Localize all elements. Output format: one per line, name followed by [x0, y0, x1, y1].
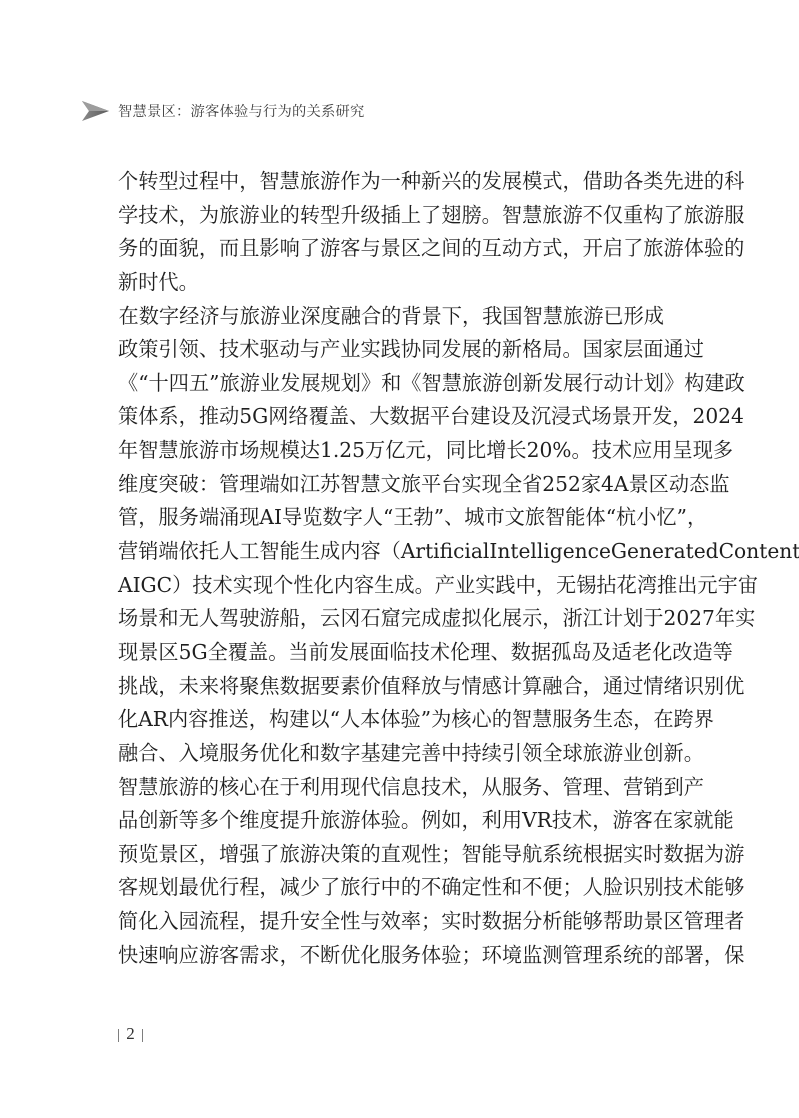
text-line: 维度突破：管理端如江苏智慧文旅平台实现全省252家4A景区动态监 [118, 468, 664, 502]
text-line: 简化入园流程，提升安全性与效率；实时数据分析能够帮助景区管理者 [118, 905, 664, 939]
text-line: 挑战，未来将聚焦数据要素价值释放与情感计算融合，通过情绪识别优 [118, 670, 664, 704]
text-line: 融合、入境服务优化和数字基建完善中持续引领全球旅游业创新。 [118, 737, 664, 771]
text-line: 在数字经济与旅游业深度融合的背景下，我国智慧旅游已形成 [118, 300, 664, 334]
text-line: 个转型过程中，智慧旅游作为一种新兴的发展模式，借助各类先进的科 [118, 165, 664, 199]
text-line: 营销端依托人工智能生成内容（ArtificialIntelligenceGene… [118, 535, 664, 569]
body-text: 个转型过程中，智慧旅游作为一种新兴的发展模式，借助各类先进的科 学技术，为旅游业… [118, 165, 664, 972]
running-header: 智慧景区：游客体验与行为的关系研究 [80, 98, 364, 124]
text-line: 学技术，为旅游业的转型升级插上了翅膀。智慧旅游不仅重构了旅游服 [118, 199, 664, 233]
text-line: 现景区5G全覆盖。当前发展面临技术伦理、数据孤岛及适老化改造等 [118, 636, 664, 670]
text-line: 管，服务端涌现AI导览数字人“王勃”、城市文旅智能体“杭小忆”， [118, 501, 664, 535]
text-line: 务的面貌，而且影响了游客与景区之间的互动方式，开启了旅游体验的 [118, 232, 664, 266]
text-line: 客规划最优行程，减少了旅行中的不确定性和不便；人脸识别技术能够 [118, 871, 664, 905]
text-line: AIGC）技术实现个性化内容生成。产业实践中，无锡拈花湾推出元宇宙 [118, 569, 664, 603]
arrow-right-icon [80, 100, 110, 122]
text-line: 品创新等多个维度提升旅游体验。例如，利用VR技术，游客在家就能 [118, 804, 664, 838]
text-line: 策体系，推动5G网络覆盖、大数据平台建设及沉浸式场景开发，2024 [118, 400, 664, 434]
page-number-right-bar: | [141, 1027, 145, 1043]
text-line: 化AR内容推送，构建以“人本体验”为核心的智慧服务生态，在跨界 [118, 703, 664, 737]
text-line: 场景和无人驾驶游船，云冈石窟完成虚拟化展示，浙江计划于2027年实 [118, 602, 664, 636]
page-number-left-bar: | [117, 1027, 121, 1043]
running-header-title: 智慧景区：游客体验与行为的关系研究 [118, 101, 364, 121]
page-number: | 2 | [117, 1024, 145, 1044]
text-line: 《“十四五”旅游业发展规划》和《智慧旅游创新发展行动计划》构建政 [118, 367, 664, 401]
page-number-value: 2 [126, 1024, 136, 1043]
text-line: 新时代。 [118, 266, 664, 300]
text-line: 快速响应游客需求，不断优化服务体验；环境监测管理系统的部署，保 [118, 939, 664, 973]
text-line: 政策引领、技术驱动与产业实践协同发展的新格局。国家层面通过 [118, 333, 664, 367]
text-line: 预览景区，增强了旅游决策的直观性；智能导航系统根据实时数据为游 [118, 838, 664, 872]
text-line: 智慧旅游的核心在于利用现代信息技术，从服务、管理、营销到产 [118, 771, 664, 805]
text-line: 年智慧旅游市场规模达1.25万亿元，同比增长20%。技术应用呈现多 [118, 434, 664, 468]
